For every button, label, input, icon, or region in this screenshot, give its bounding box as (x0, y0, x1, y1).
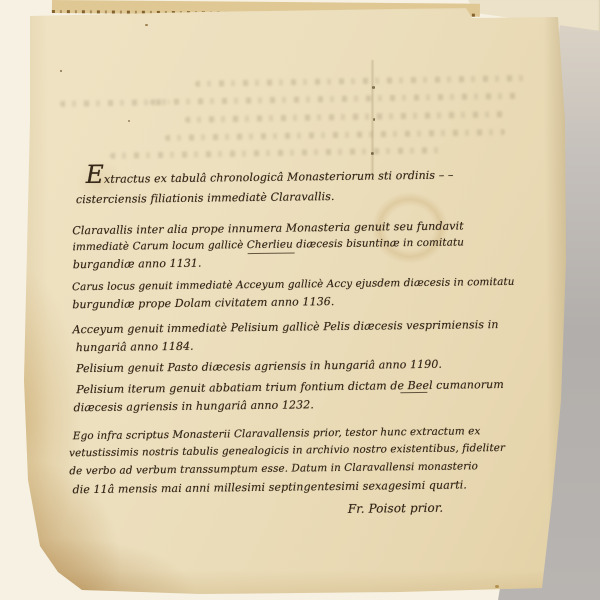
manuscript-line: Pelisium genuit Pasto diæcesis agriensis… (76, 358, 442, 375)
manuscript-line: Acceyum genuit immediatè Pelisium gallic… (73, 318, 499, 336)
manuscript-line: Carus locus genuit immediatè Acceyum gal… (72, 276, 515, 293)
manuscript-line: burgundiæ prope Dolam civitatem anno 113… (72, 295, 334, 311)
manuscript-line: Pelisium iterum genuit abbatiam trium fo… (76, 378, 504, 396)
manuscript-line: Extractus ex tabulâ chronologicâ Monaste… (86, 166, 454, 186)
underline-mark (248, 253, 295, 255)
signature: Fr. Poisot prior. (348, 501, 444, 516)
manuscript-line: burgandiæ anno 1131. (73, 257, 202, 272)
manuscript-photo: Extractus ex tabulâ chronologicâ Monaste… (0, 0, 600, 600)
manuscript-line: immediatè Carum locum gallicè Cherlieu d… (73, 236, 465, 253)
manuscript-line: hungariâ anno 1184. (76, 340, 194, 354)
manuscript-line: de verbo ad verbum transsumptum esse. Da… (69, 460, 478, 477)
handwritten-text-block: Extractus ex tabulâ chronologicâ Monaste… (0, 0, 600, 600)
manuscript-line: Ego infra scriptus Monasterii Claravalle… (73, 425, 481, 442)
underline-mark (400, 392, 427, 393)
manuscript-line: diæcesis agriensis in hungariâ anno 1232… (73, 398, 314, 414)
manuscript-paper: Extractus ex tabulâ chronologicâ Monaste… (0, 0, 600, 600)
manuscript-line: die 11â mensis mai anni millesimi septin… (72, 478, 467, 496)
manuscript-line: Claravallis inter alia prope innumera Mo… (72, 219, 463, 237)
manuscript-line: vetustissimis nostris tabulis genealogic… (69, 442, 505, 459)
manuscript-line: cisterciensis filiationis immediatè Clar… (76, 190, 335, 206)
